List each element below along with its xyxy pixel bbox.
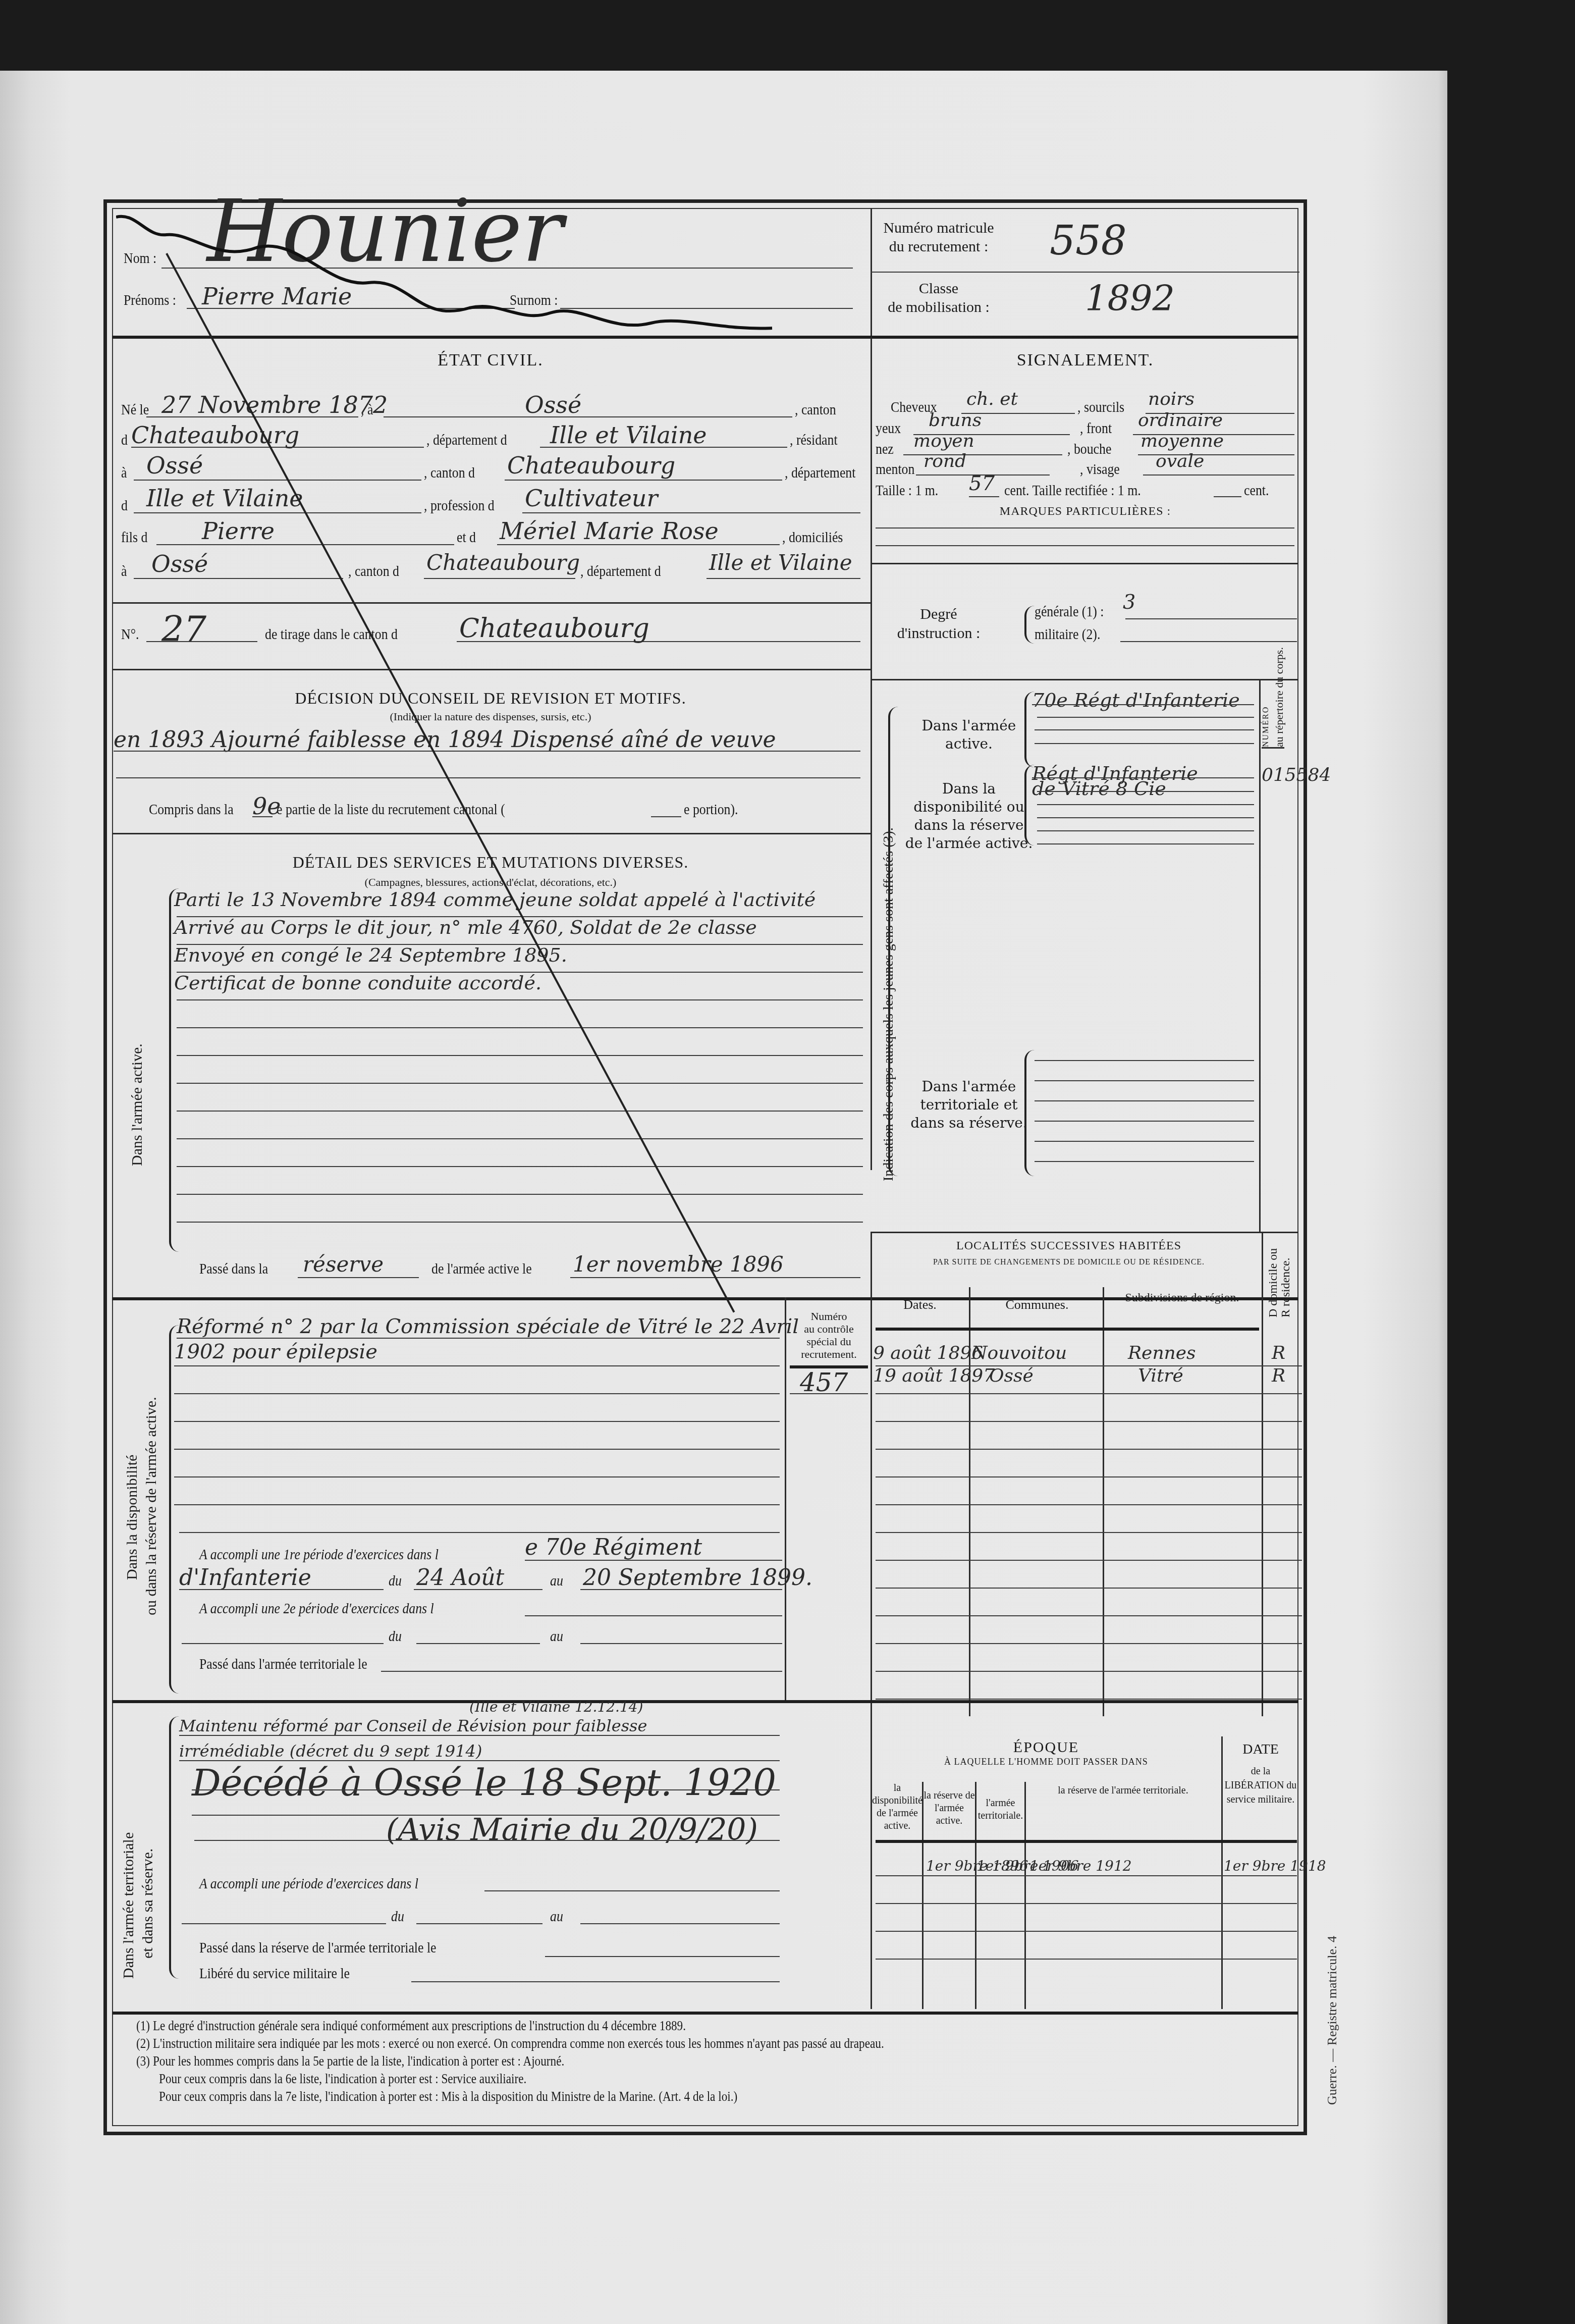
profession-line [522, 512, 860, 513]
dom-dept-value: Ille et Vilaine [709, 550, 852, 575]
cheveux-value: ch. et [966, 389, 1018, 409]
epoque-rule-1 [876, 1875, 1297, 1876]
localites-rule-5 [876, 1476, 1302, 1477]
terr-periode-au-label: au [550, 1908, 563, 1925]
epoque-subtitle: À LAQUELLE L'HOMME DOIT PASSER DANS [872, 1757, 1220, 1767]
active-rule-7 [177, 1083, 863, 1084]
epoque-col-4: la réserve de l'armée territoriale. [1026, 1784, 1220, 1797]
footnote-2: (2) L'instruction militaire sera indiqué… [136, 2036, 884, 2051]
matricule-label-2: du recrutement : [876, 238, 1002, 255]
periode2-du-start-line [182, 1643, 384, 1644]
main-column-divider [871, 337, 872, 1170]
dom-canton-label: , canton d [348, 563, 399, 580]
canton-value: Chateaubourg [131, 421, 299, 449]
yeux-label: yeux [876, 420, 901, 437]
terr-brace-icon [169, 1716, 180, 1979]
instruction-brace-icon [1024, 606, 1036, 644]
localites-rule-12 [876, 1671, 1302, 1672]
numero-label-2: au répertoire du corps. [1273, 647, 1286, 747]
passe-terr-line [381, 1671, 782, 1672]
terr-libere-line [411, 1981, 780, 1982]
margin-imprint: Guerre. — Registre matricule. 4 [1325, 1936, 1340, 2105]
dr-label-2: R résidence. [1279, 1257, 1293, 1317]
tirage-label: de tirage dans le canton d [265, 626, 398, 643]
passe-terr-label: Passé dans l'armée territoriale le [199, 1656, 367, 1673]
residant-canton-line [505, 480, 782, 481]
dispo-rule-1 [177, 1338, 780, 1339]
periode2-du-label: du [389, 1628, 402, 1645]
taille-cent-label: cent. [1244, 482, 1269, 499]
instruction-generale-value: 3 [1123, 591, 1135, 614]
tirage-bottom-rule [112, 669, 871, 670]
corps-terr-rule-6 [1035, 1161, 1254, 1162]
controle-label-2: au contrôle [787, 1323, 871, 1336]
taille-value: 57 [969, 472, 995, 495]
marques-line-2 [876, 545, 1294, 546]
dispo-line-1: Réformé n° 2 par la Commission spéciale … [177, 1315, 799, 1338]
epoque-rule-4 [876, 1959, 1297, 1960]
corps-terr-rule-1 [1035, 1060, 1254, 1061]
localites-col-communes: Communes. [971, 1297, 1103, 1312]
dispo-rule-5 [174, 1449, 780, 1450]
dispo-rule-7 [174, 1504, 780, 1505]
dispo-rule-6 [174, 1476, 780, 1477]
passe-reserve-line [298, 1277, 419, 1278]
menton-label: menton [876, 461, 914, 478]
nez-value: moyen [913, 431, 974, 451]
liberation-label: de la LIBÉRATION du service militaire. [1223, 1764, 1298, 1807]
localites-rule-13 [876, 1699, 1302, 1700]
no-tirage-value: 27 [161, 608, 206, 650]
taille-line [969, 496, 999, 497]
terr-rule-2 [179, 1760, 780, 1761]
marques-line-1 [876, 527, 1294, 529]
marques-title: MARQUES PARTICULIÈRES : [872, 505, 1298, 518]
epoque-col-1: la disponibilité de l'armée active. [872, 1782, 922, 1832]
corps-dispo-rule-2 [1037, 791, 1254, 792]
active-rule-9 [177, 1138, 863, 1139]
epoque-value-4: 1er 9bre 1912 [1029, 1858, 1132, 1874]
bouche-value: moyenne [1140, 431, 1224, 451]
portion-suffix: e portion). [684, 801, 738, 818]
localites-rule-4 [876, 1449, 1302, 1450]
active-line-1: Parti le 13 Novembre 1894 comme jeune so… [174, 888, 816, 911]
active-rule-5 [177, 1027, 863, 1028]
corps-active-rule-3 [1035, 729, 1254, 730]
nez-label: nez [876, 441, 894, 458]
corps-dispo-line-2: de Vitré 8 Cie [1032, 777, 1166, 800]
localites-rule-7 [876, 1532, 1302, 1533]
visage-line [1143, 474, 1294, 476]
localites-rule-11 [876, 1643, 1302, 1644]
controle-label-4: recrutement. [787, 1348, 871, 1361]
dom-a-value: Ossé [151, 550, 208, 577]
active-rule-12 [177, 1222, 863, 1223]
dispo-rule-4 [174, 1421, 780, 1422]
decision-title: DÉCISION DU CONSEIL DE REVISION ET MOTIF… [112, 689, 869, 708]
periode1-value-2: d'Infanterie [179, 1565, 311, 1591]
dispo-side-label-2: ou dans la réserve de l'armée active. [143, 1397, 160, 1615]
residant-a-line [134, 480, 421, 481]
dom-canton-value: Chateaubourg [426, 550, 580, 575]
footnote-4: Pour ceux compris dans la 6e liste, l'in… [159, 2071, 526, 2087]
terr-periode-du-label: du [391, 1908, 404, 1925]
epoque-title: ÉPOQUE [872, 1739, 1220, 1756]
periode2-line [525, 1615, 782, 1616]
profession-value: Cultivateur [525, 485, 658, 512]
corps-brace-icon [888, 707, 899, 1176]
numero-label-1: NUMÉRO [1262, 706, 1271, 747]
decision-line-2 [116, 777, 860, 778]
bouche-label: , bouche [1067, 441, 1111, 458]
periode1-au-value: 20 Septembre 1899. [583, 1565, 812, 1591]
corps-section-active-label: Dans l'armée active. [903, 717, 1035, 753]
periode2-label: A accompli une 2e période d'exercices da… [199, 1600, 434, 1617]
instruction-bottom-rule [872, 679, 1298, 680]
corps-terr-rule-3 [1035, 1100, 1254, 1101]
passe-reserve-suffix: de l'armée active le [431, 1260, 532, 1278]
corps-active-rule-1 [1032, 704, 1254, 705]
corps-dispo-rule-5 [1037, 830, 1254, 831]
terr-passe-reserve-line [545, 1956, 780, 1957]
lower-main-divider [871, 1232, 872, 2009]
dispo-side-label-1: Dans la disponibilité [124, 1455, 141, 1580]
residant-canton-value: Chateaubourg [507, 452, 675, 479]
dom-a-line [134, 578, 343, 579]
active-side-label: Dans l'armée active. [129, 1043, 146, 1166]
active-line-4: Certificat de bonne conduite accordé. [174, 972, 541, 994]
liberation-value: 1er 9bre 1918 [1224, 1858, 1326, 1874]
canton-label: , canton [795, 401, 836, 418]
footnote-1: (1) Le degré d'instruction générale sera… [136, 2018, 686, 2034]
visage-label: , visage [1080, 461, 1120, 478]
terr-periode-line [484, 1890, 780, 1891]
yeux-value: bruns [929, 410, 982, 431]
terr-line-1: Maintenu réformé par Conseil de Révision… [179, 1716, 647, 1735]
epoque-col-divider-3 [1024, 1782, 1026, 2009]
etat-civil-bottom-rule [112, 602, 871, 604]
ne-le-label: Né le [121, 401, 149, 418]
classe-label-1: Classe [876, 280, 1002, 297]
profession-label: , profession d [424, 497, 495, 514]
epoque-col-2: la réserve de l'armée active. [924, 1789, 975, 1827]
terr-libere-label: Libéré du service militaire le [199, 1965, 350, 1982]
departement-value: Ille et Vilaine [550, 421, 707, 449]
corps-dispo-rule-6 [1037, 843, 1254, 844]
terr-side-label-1: Dans l'armée territoriale [120, 1832, 137, 1979]
terr-periode-label: A accompli une période d'exercices dans … [199, 1875, 418, 1892]
dispo-bottom-rule [112, 1700, 1298, 1703]
visage-value: ovale [1156, 451, 1204, 471]
sourcils-label: , sourcils [1077, 399, 1124, 416]
localites-rule-8 [876, 1560, 1302, 1561]
dom-dept-line [707, 578, 860, 579]
dispo-rule-8 [179, 1532, 780, 1533]
instruction-generale-line [1125, 618, 1297, 619]
taille-rect-label: cent. Taille rectifiée : 1 m. [1004, 482, 1141, 499]
decision-value: en 1893 Ajourné faiblesse en 1894 Dispen… [114, 727, 776, 753]
instruction-label-2: d'instruction : [888, 625, 989, 642]
localites-subtitle: PAR SUITE DE CHANGEMENTS DE DOMICILE OU … [872, 1258, 1266, 1267]
matricule-label-1: Numéro matricule [876, 220, 1002, 237]
terr-side-label-2: et dans sa réserve. [139, 1848, 156, 1959]
localites-header-rule [876, 1328, 1259, 1331]
de-label: d [121, 432, 128, 449]
localites-row-1-commune: Nouvoitou [971, 1343, 1067, 1363]
localites-row-2-dr: R [1272, 1365, 1285, 1386]
active-line-3: Envoyé en congé le 24 Septembre 1895. [174, 944, 567, 966]
periode1-au-label: au [550, 1572, 563, 1590]
dispo-brace-icon [169, 1325, 180, 1694]
localites-rule-2 [876, 1393, 1302, 1394]
dom-canton-line [424, 578, 575, 579]
decision-subtitle: (Indiquer la nature des dispenses, sursi… [112, 710, 869, 723]
periode1-value: e 70e Régiment [525, 1535, 702, 1560]
localites-rule-3 [876, 1421, 1302, 1422]
footnote-5: Pour ceux compris dans la 7e liste, l'in… [159, 2089, 737, 2104]
liberation-title: DATE [1223, 1741, 1298, 1758]
corps-dispo-numero: 015584 [1262, 765, 1331, 785]
decision-bottom-rule [112, 833, 871, 834]
instruction-label-1: Degré [888, 606, 989, 623]
taille-rect-line [1214, 496, 1241, 497]
periode2-au-label: au [550, 1628, 563, 1645]
residant-dept-value: Ille et Vilaine [146, 485, 303, 512]
compris-label: Compris dans la [149, 801, 234, 818]
communes-column-divider [1103, 1287, 1104, 1716]
controle-label-3: spécial du [787, 1335, 871, 1348]
dr-label-1: D domicile ou [1267, 1248, 1280, 1317]
corps-terr-rule-5 [1035, 1141, 1254, 1142]
periode1-value-2-line [179, 1589, 384, 1590]
epoque-col-3: l'armée territoriale. [976, 1797, 1024, 1822]
et-de-label: et d [457, 529, 476, 546]
active-brace-icon [169, 888, 180, 1252]
terr-rule-1 [179, 1735, 780, 1736]
tirage-value: Chateaubourg [459, 613, 649, 644]
localites-title: LOCALITÉS SUCCESSIVES HABITÉES [872, 1239, 1266, 1253]
epoque-rule-3 [876, 1931, 1297, 1932]
matricule-divider [871, 272, 1299, 273]
residant-a-value: Ossé [146, 452, 203, 479]
terr-periode-au-line [580, 1923, 780, 1924]
corps-section-terr-label: Dans l'armée territoriale et dans sa rés… [903, 1078, 1035, 1132]
decision-line-1 [114, 751, 860, 752]
no-tirage-label: N°. [121, 626, 139, 643]
periode1-du-label: du [389, 1572, 402, 1590]
periode1-label: A accompli une 1re période d'exercices d… [199, 1546, 439, 1563]
residant-dept-d-label: d [121, 497, 128, 514]
taille-label: Taille : 1 m. [876, 482, 938, 499]
localites-col-subdivisions: Subdivisions de région. [1105, 1291, 1259, 1305]
header-bottom-rule [112, 336, 1298, 339]
active-rule-4 [177, 999, 863, 1000]
domicilies-label: , domiciliés [782, 529, 843, 546]
etat-civil-title: ÉTAT CIVIL. [112, 351, 869, 370]
terr-line-2: irrémédiable (décret du 9 sept 1914) [179, 1741, 482, 1761]
corps-terr-rule-2 [1035, 1080, 1254, 1081]
signalement-title: SIGNALEMENT. [872, 351, 1298, 370]
localites-rule-9 [876, 1588, 1302, 1589]
dom-a-label: à [121, 563, 127, 580]
corps-active-rule-2 [1037, 717, 1254, 718]
dispo-line-2: 1902 pour épilepsie [174, 1340, 377, 1363]
classe-label-2: de mobilisation : [876, 299, 1002, 316]
controle-column-divider [785, 1297, 786, 1701]
periode2-au-line [580, 1643, 782, 1644]
periode2-du-line [416, 1643, 540, 1644]
ne-le-value: 27 Novembre 1872 [161, 391, 388, 418]
localites-row-2-commune: Ossé [989, 1365, 1034, 1386]
pere-line [156, 544, 454, 545]
mere-value: Mériel Marie Rose [500, 517, 719, 545]
corps-terr-brace-icon [1024, 1050, 1036, 1176]
departement-label: , département d [426, 432, 507, 449]
terr-deces-2: (Avis Mairie du 20/9/20) [386, 1812, 758, 1847]
epoque-rule-2 [876, 1903, 1297, 1904]
compris-suffix: e partie de la liste du recrutement cant… [277, 801, 505, 818]
a-label: , à [361, 401, 373, 418]
localites-col-dates: Dates. [872, 1297, 968, 1312]
residant-dept-label: , département [785, 464, 855, 482]
services-subtitle: (Campagnes, blessures, actions d'éclat, … [112, 876, 869, 889]
controle-rule-1 [790, 1393, 868, 1394]
numero-header-rule [1262, 747, 1284, 749]
portion-line [651, 816, 681, 817]
localites-row-2-date: 19 août 1897 [873, 1365, 995, 1386]
terr-annotation: (Ille et Vilaine 12.12.14) [469, 1699, 643, 1715]
periode1-du-value: 24 Août [416, 1565, 504, 1591]
corps-dispo-rule-3 [1037, 804, 1254, 805]
terr-rule-3 [192, 1789, 780, 1790]
corps-active-rule-4 [1035, 743, 1254, 744]
flourish-strike-icon [116, 207, 873, 333]
residant-dept-line [134, 512, 421, 513]
terr-passe-reserve-label: Passé dans la réserve de l'armée territo… [199, 1939, 437, 1957]
instruction-generale-label: générale (1) : [1035, 603, 1104, 620]
sourcils-value: noirs [1148, 389, 1194, 409]
terr-rule-5 [194, 1840, 780, 1841]
corps-terr-rule-4 [1035, 1121, 1254, 1122]
corps-active-line-1: 70e Régt d'Infanterie [1032, 689, 1240, 711]
passe-reserve-label: Passé dans la [199, 1260, 268, 1278]
corps-bottom-rule [872, 1232, 1298, 1233]
signalement-bottom-rule [872, 563, 1298, 564]
instruction-militaire-line [1120, 641, 1297, 642]
menton-value: rond [924, 451, 966, 471]
corps-dispo-rule-4 [1037, 817, 1254, 818]
active-rule-8 [177, 1111, 863, 1112]
active-line-2: Arrivé au Corps le dit jour, n° mle 4760… [174, 916, 757, 938]
pere-value: Pierre [202, 517, 275, 545]
controle-label-1: Numéro [787, 1310, 871, 1323]
localites-row-2-subdivision: Vitré [1138, 1365, 1183, 1386]
front-label: , front [1080, 420, 1112, 437]
active-rule-6 [177, 1055, 863, 1056]
active-rule-10 [177, 1166, 863, 1167]
dom-dept-label: , département d [580, 563, 661, 580]
corps-section-dispo-label: Dans la disponibilité ou dans la réserve… [903, 780, 1035, 853]
terr-periode-du-start-line [182, 1923, 386, 1924]
instruction-militaire-label: militaire (2). [1035, 626, 1100, 643]
localites-rule-6 [876, 1504, 1302, 1505]
dispo-rule-3 [174, 1393, 780, 1394]
residant-a-label: à [121, 464, 127, 482]
localites-row-1-subdivision: Rennes [1128, 1343, 1196, 1363]
epoque-header-rule [876, 1840, 1297, 1843]
localites-rule-10 [876, 1615, 1302, 1616]
matricule-value: 558 [1050, 217, 1127, 264]
a-value: Ossé [525, 391, 581, 418]
terr-periode-du-line [416, 1923, 542, 1924]
footnotes-top-rule [112, 2012, 1298, 2015]
a-line [384, 416, 792, 417]
footnote-3: (3) Pour les hommes compris dans la 5e p… [136, 2053, 564, 2069]
numero-column-divider [1259, 680, 1261, 1233]
localites-row-1-date: 9 août 1896 [873, 1343, 983, 1363]
fils-de-label: fils d [121, 529, 147, 546]
residant-label: , résidant [790, 432, 838, 449]
terr-deces-1: Décédé à Ossé le 18 Sept. 1920 [192, 1762, 776, 1804]
dispo-rule-2 [174, 1365, 780, 1366]
classe-value: 1892 [1085, 278, 1175, 319]
front-value: ordinaire [1138, 410, 1223, 431]
active-rule-11 [177, 1194, 863, 1195]
localites-row-1-dr: R [1272, 1343, 1285, 1363]
residant-canton-label: , canton d [424, 464, 475, 482]
passe-reserve-value: réserve [303, 1252, 384, 1277]
passe-reserve-date: 1er novembre 1896 [573, 1252, 784, 1277]
